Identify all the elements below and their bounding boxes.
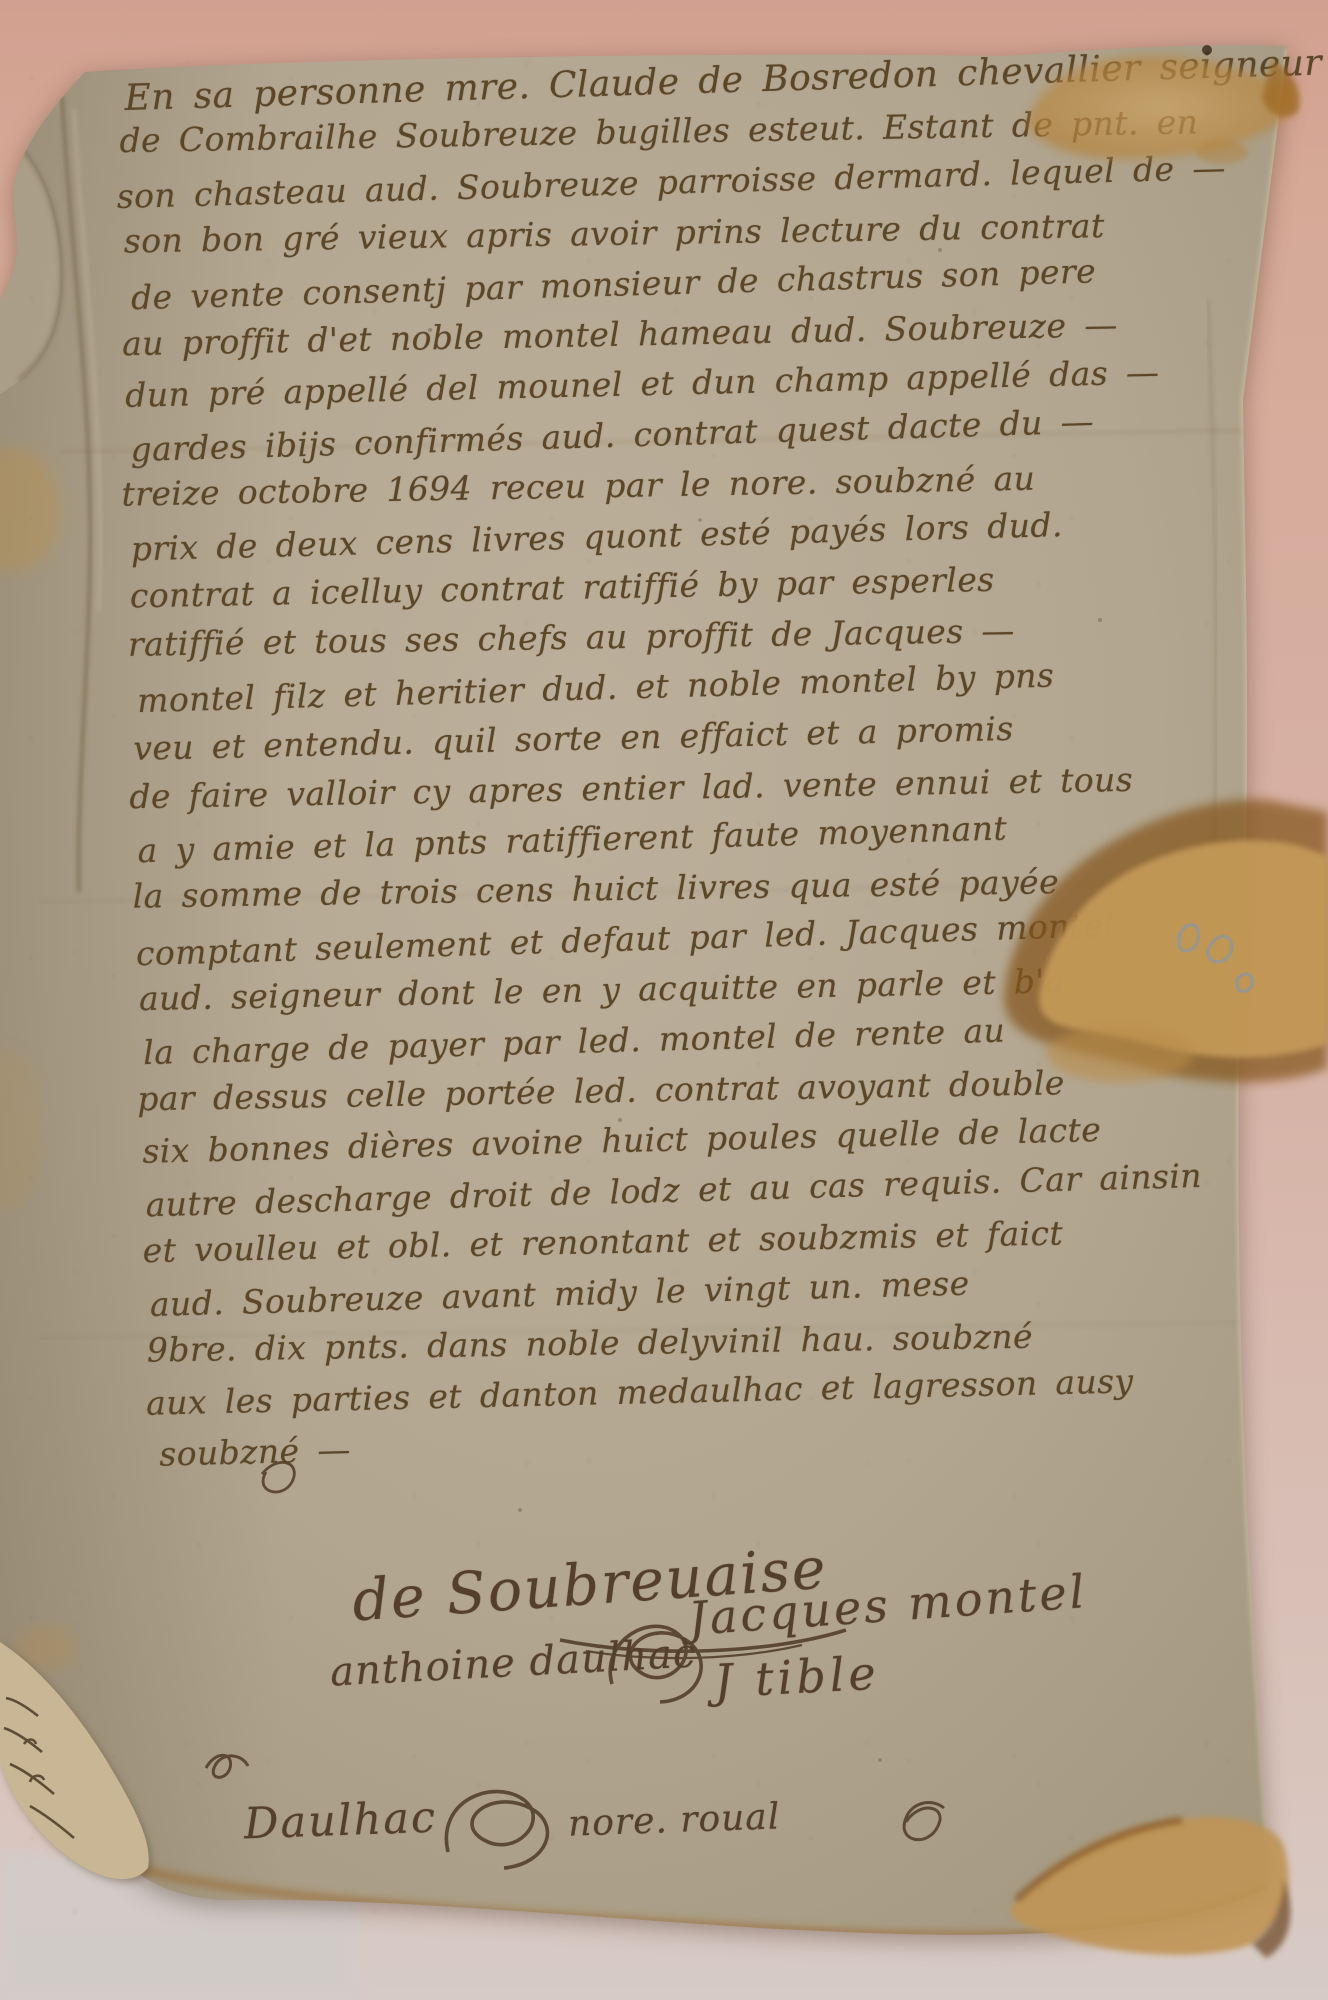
notary-title-text: nore. roual — [567, 1796, 781, 1844]
photograph-of-manuscript: { "page": { "background_color": "#d5a796… — [0, 0, 1328, 2000]
manuscript-line-10: prix de deux cens livres quont esté payé… — [130, 505, 1063, 568]
manuscript-page: { "page": { "background_color": "#d5a796… — [0, 0, 1328, 2000]
manuscript-line-4: son bon gré vieux apris avoir prins lect… — [123, 206, 1104, 260]
signature-j-tible: J tible — [713, 1646, 881, 1709]
manuscript-line-11: contrat a icelluy contrat ratiffié by pa… — [129, 560, 994, 616]
manuscript-line-12: ratiffié et tous ses chefs au proffit de… — [128, 611, 1015, 664]
manuscript-line-5: de vente consentj par monsieur de chastr… — [131, 251, 1097, 317]
manuscript-line-17: la somme de trois cens huict livres qua … — [132, 862, 1059, 916]
manuscript-line-3: son chasteau aud. Soubreuze parroisse de… — [116, 148, 1226, 216]
signature-notary-daulhac: Daulhac — [243, 1793, 438, 1850]
manuscript-line-6: au proffit d'et noble montel hameau dud.… — [122, 305, 1118, 363]
manuscript-line-15: de faire valloir cy apres entier lad. ve… — [129, 759, 1133, 816]
manuscript-line-21: par dessus celle portée led. contrat avo… — [137, 1063, 1065, 1118]
manuscript-line-16: a y amie et la pnts ratiffierent faute m… — [137, 809, 1007, 871]
manuscript-line-26: 9bre. dix pnts. dans noble delyvinil hau… — [147, 1317, 1034, 1370]
manuscript-line-20: la charge de payer par led. montel de re… — [143, 1010, 1006, 1072]
manuscript-line-14: veu et entendu. quil sorte en effaict et… — [133, 709, 1014, 768]
manuscript-line-27: aux les parties et danton medaulhac et l… — [146, 1362, 1134, 1423]
manuscript-line-19: aud. seigneur dont le en y acquitte en p… — [139, 962, 1066, 1019]
manuscript-line-28: soubzné — — [159, 1430, 351, 1474]
manuscript-line-25: aud. Soubreuze avant midy le vingt un. m… — [149, 1263, 970, 1323]
manuscript-line-24: et voulleu et obl. et renontant et soubz… — [142, 1214, 1063, 1271]
manuscript-line-9: treize octobre 1694 receu par le nore. s… — [121, 459, 1035, 514]
manuscript-text-block: En sa personne mre. Claude de Bosredon c… — [118, 51, 1161, 1524]
